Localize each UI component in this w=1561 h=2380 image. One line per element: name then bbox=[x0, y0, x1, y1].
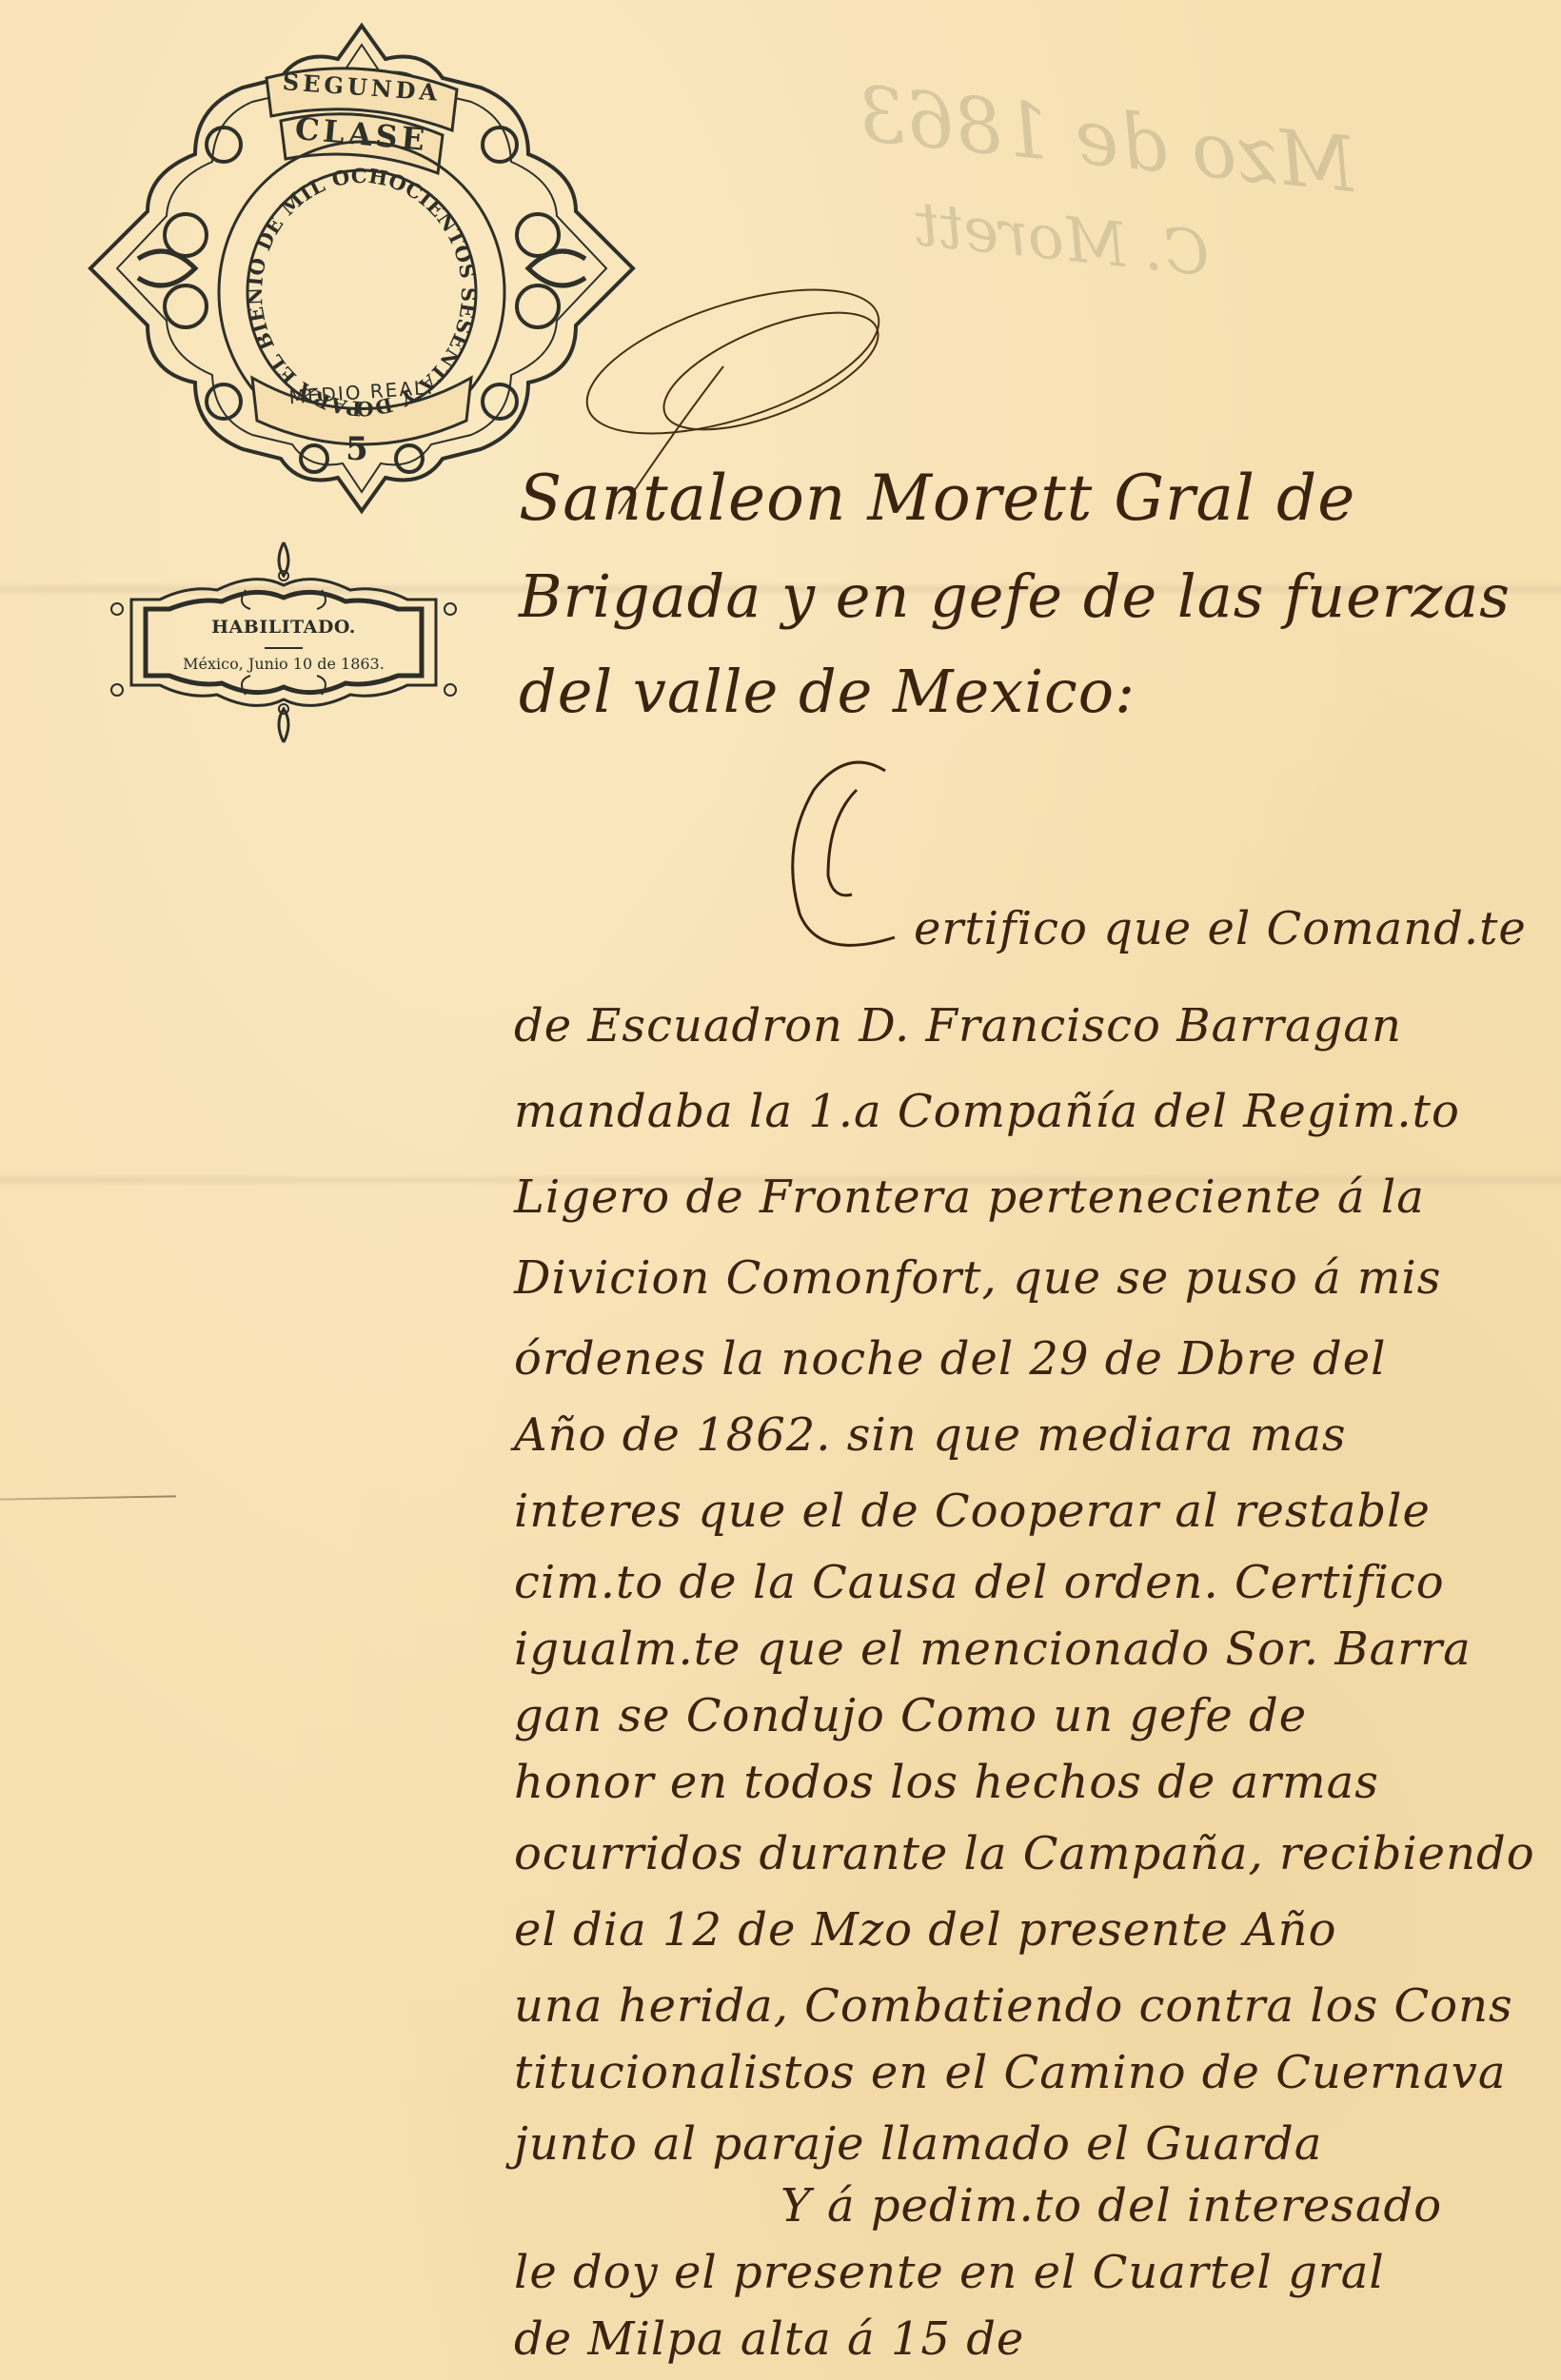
cartouche-frame-icon bbox=[103, 533, 464, 752]
divider bbox=[265, 647, 303, 649]
body-line: Y á pedim.to del interesado bbox=[780, 2179, 1442, 2232]
body-line: gan se Condujo Como un gefe de bbox=[514, 1689, 1307, 1742]
header-line: Brigada y en gefe de las fuerzas bbox=[519, 561, 1511, 631]
habilitado-overprint: HABILITADO. México, Junio 10 de 1863. bbox=[103, 533, 464, 752]
header-line: del valle de Mexico: bbox=[519, 657, 1136, 726]
margin-pen-stroke bbox=[0, 1495, 176, 1500]
body-line: Ligero de Frontera perteneciente á la bbox=[514, 1170, 1425, 1224]
bleed-through-text: Mzo de 1863 bbox=[854, 69, 1360, 209]
body-line: Año de 1862. sin que mediara mas bbox=[514, 1408, 1346, 1462]
stamp-number: 5 bbox=[328, 430, 385, 468]
body-line: una herida, Combatiendo contra los Cons bbox=[514, 1979, 1513, 2033]
body-line: mandaba la 1.a Compañía del Regim.to bbox=[514, 1085, 1460, 1138]
body-line: igualm.te que el mencionado Sor. Barra bbox=[514, 1623, 1472, 1676]
header-line: Santaleon Morett Gral de bbox=[519, 462, 1355, 535]
habilitado-place-date: México, Junio 10 de 1863. bbox=[103, 655, 464, 673]
body-line: cim.to de la Causa del orden. Certifico bbox=[514, 1556, 1445, 1609]
body-line: interes que el de Cooperar al restable bbox=[514, 1485, 1431, 1538]
body-line: órdenes la noche del 29 de Dbre del bbox=[514, 1332, 1386, 1386]
body-line: junto al paraje llamado el Guarda bbox=[514, 2117, 1322, 2171]
body-line: le doy el presente en el Cuartel gral bbox=[514, 2246, 1385, 2299]
body-line: titucionalistos en el Camino de Cuernava bbox=[514, 2046, 1506, 2099]
body-line: ertifico que el Comand.te bbox=[914, 902, 1527, 955]
body-line: de Milpa alta á 15 de bbox=[514, 2312, 1024, 2366]
body-line: ocurridos durante la Campaña, recibiendo bbox=[514, 1827, 1535, 1880]
body-line: el dia 12 de Mzo del presente Año bbox=[514, 1903, 1337, 1957]
document-page: Mzo de 1863 C. Morett bbox=[0, 0, 1561, 2380]
body-line: de Escuadron D. Francisco Barragan bbox=[514, 999, 1402, 1052]
body-line: Divicion Comonfort, que se puso á mis bbox=[514, 1251, 1441, 1305]
habilitado-title: HABILITADO. bbox=[103, 617, 464, 638]
body-line: honor en todos los hechos de armas bbox=[514, 1756, 1379, 1809]
